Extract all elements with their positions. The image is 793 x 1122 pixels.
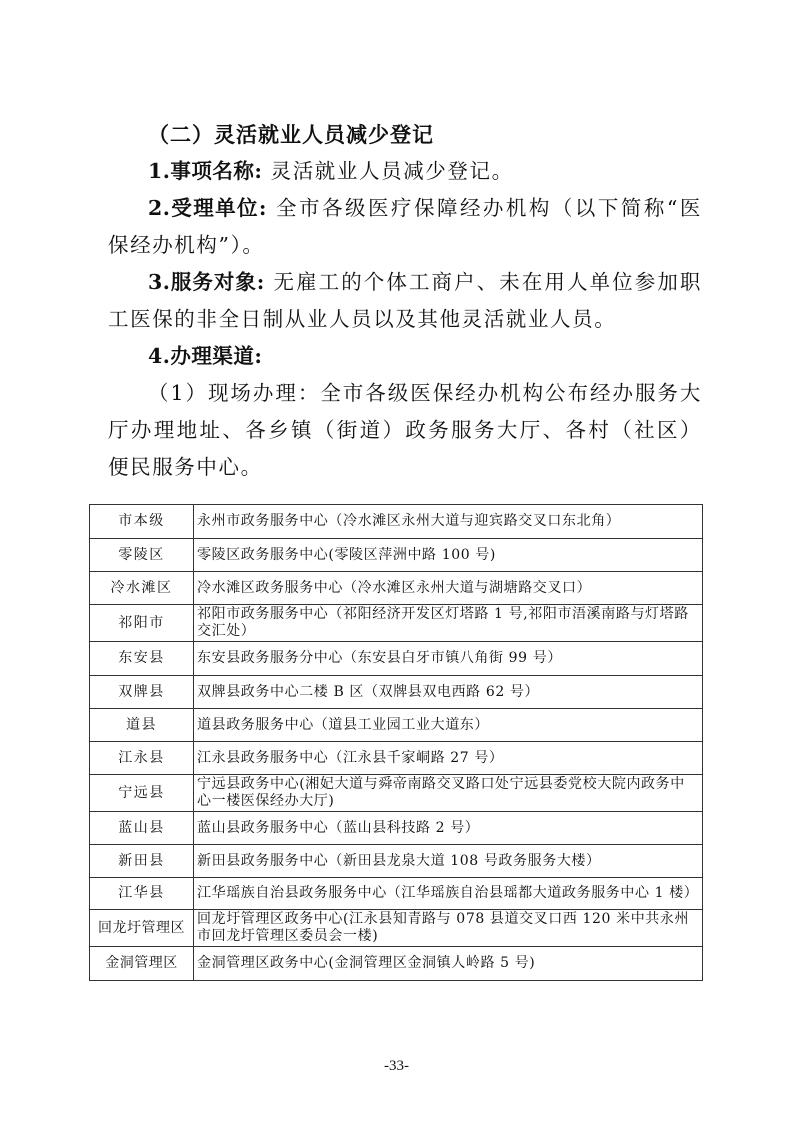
address-cell: 江永县政务服务中心（江永县千家峒路 27 号） (194, 742, 703, 775)
region-cell: 东安县 (90, 642, 194, 676)
region-cell: 蓝山县 (90, 812, 194, 845)
item-label: 1.事项名称: (148, 159, 262, 183)
table-row: 新田县新田县政务服务中心（新田县龙泉大道 108 号政务服务大楼） (90, 845, 703, 878)
table-row: 金洞管理区金洞管理区政务中心(金洞管理区金洞镇人岭路 5 号) (90, 947, 703, 981)
table-row: 双牌县双牌县政务中心二楼 B 区（双牌县双电西路 62 号） (90, 676, 703, 709)
region-cell: 零陵区 (90, 539, 194, 572)
address-cell: 新田县政务服务中心（新田县龙泉大道 108 号政务服务大楼） (194, 845, 703, 878)
table-row: 零陵区零陵区政务服务中心(零陵区萍洲中路 100 号) (90, 539, 703, 572)
item-unit: 2.受理单位: 全市各级医疗保障经办机构（以下简称“医保经办机构”）。 (108, 190, 702, 264)
item-label: 2.受理单位: (148, 196, 267, 220)
address-cell: 金洞管理区政务中心(金洞管理区金洞镇人岭路 5 号) (194, 947, 703, 981)
table-row: 市本级永州市政务服务中心（冷水滩区永州大道与迎宾路交叉口东北角） (90, 505, 703, 539)
region-cell: 双牌县 (90, 676, 194, 709)
region-cell: 新田县 (90, 845, 194, 878)
table-row: 东安县东安县政务服务分中心（东安县白牙市镇八角街 99 号） (90, 642, 703, 676)
region-cell: 道县 (90, 709, 194, 742)
table-row: 道县道县政务服务中心（道县工业园工业大道东） (90, 709, 703, 742)
region-cell: 回龙圩管理区 (90, 910, 194, 947)
document-page: （二）灵活就业人员减少登记 1.事项名称: 灵活就业人员减少登记。 2.受理单位… (0, 0, 793, 1122)
table-row: 宁远县宁远县政务中心(湘妃大道与舜帝南路交叉路口处宁远县委党校大院内政务中心一楼… (90, 775, 703, 812)
onsite-channel: （1）现场办理：全市各级医保经办机构公布经办服务大厅办理地址、各乡镇（街道）政务… (108, 375, 702, 486)
table-row: 江永县江永县政务服务中心（江永县千家峒路 27 号） (90, 742, 703, 775)
address-cell: 祁阳市政务服务中心（祁阳经济开发区灯塔路 1 号,祁阳市浯溪南路与灯塔路交汇处） (194, 605, 703, 642)
item-label: 3.服务对象: (148, 270, 265, 294)
address-cell: 回龙圩管理区政务中心(江永县知青路与 078 县道交叉口西 120 米中共永州市… (194, 910, 703, 947)
region-cell: 金洞管理区 (90, 947, 194, 981)
table-row: 祁阳市祁阳市政务服务中心（祁阳经济开发区灯塔路 1 号,祁阳市浯溪南路与灯塔路交… (90, 605, 703, 642)
service-center-table: 市本级永州市政务服务中心（冷水滩区永州大道与迎宾路交叉口东北角） 零陵区零陵区政… (89, 504, 703, 981)
address-cell: 双牌县政务中心二楼 B 区（双牌县双电西路 62 号） (194, 676, 703, 709)
table-row: 蓝山县蓝山县政务服务中心（蓝山县科技路 2 号） (90, 812, 703, 845)
address-cell: 道县政务服务中心（道县工业园工业大道东） (194, 709, 703, 742)
table-row: 冷水滩区冷水滩区政务服务中心（冷水滩区永州大道与湖塘路交叉口） (90, 572, 703, 605)
region-cell: 市本级 (90, 505, 194, 539)
section-heading: （二）灵活就业人员减少登记 (148, 116, 434, 153)
item-label: 4.办理渠道: (148, 344, 262, 368)
region-cell: 江永县 (90, 742, 194, 775)
address-cell: 蓝山县政务服务中心（蓝山县科技路 2 号） (194, 812, 703, 845)
region-cell: 祁阳市 (90, 605, 194, 642)
region-cell: 江华县 (90, 878, 194, 910)
address-cell: 江华瑶族自治县政务服务中心（江华瑶族自治县瑶都大道政务服务中心 1 楼） (194, 878, 703, 910)
address-cell: 宁远县政务中心(湘妃大道与舜帝南路交叉路口处宁远县委党校大院内政务中心一楼医保经… (194, 775, 703, 812)
address-cell: 东安县政务服务分中心（东安县白牙市镇八角街 99 号） (194, 642, 703, 676)
item-channel: 4.办理渠道: (108, 338, 702, 375)
region-cell: 宁远县 (90, 775, 194, 812)
item-name: 1.事项名称: 灵活就业人员减少登记。 (108, 153, 702, 190)
address-cell: 零陵区政务服务中心(零陵区萍洲中路 100 号) (194, 539, 703, 572)
address-cell: 永州市政务服务中心（冷水滩区永州大道与迎宾路交叉口东北角） (194, 505, 703, 539)
item-list: 1.事项名称: 灵活就业人员减少登记。 2.受理单位: 全市各级医疗保障经办机构… (108, 153, 702, 486)
table-row: 江华县江华瑶族自治县政务服务中心（江华瑶族自治县瑶都大道政务服务中心 1 楼） (90, 878, 703, 910)
item-target: 3.服务对象: 无雇工的个体工商户、未在用人单位参加职工医保的非全日制从业人员以… (108, 264, 702, 338)
table-row: 回龙圩管理区回龙圩管理区政务中心(江永县知青路与 078 县道交叉口西 120 … (90, 910, 703, 947)
region-cell: 冷水滩区 (90, 572, 194, 605)
page-number: -33- (0, 1058, 793, 1075)
item-text: 灵活就业人员减少登记。 (271, 159, 514, 183)
address-cell: 冷水滩区政务服务中心（冷水滩区永州大道与湖塘路交叉口） (194, 572, 703, 605)
